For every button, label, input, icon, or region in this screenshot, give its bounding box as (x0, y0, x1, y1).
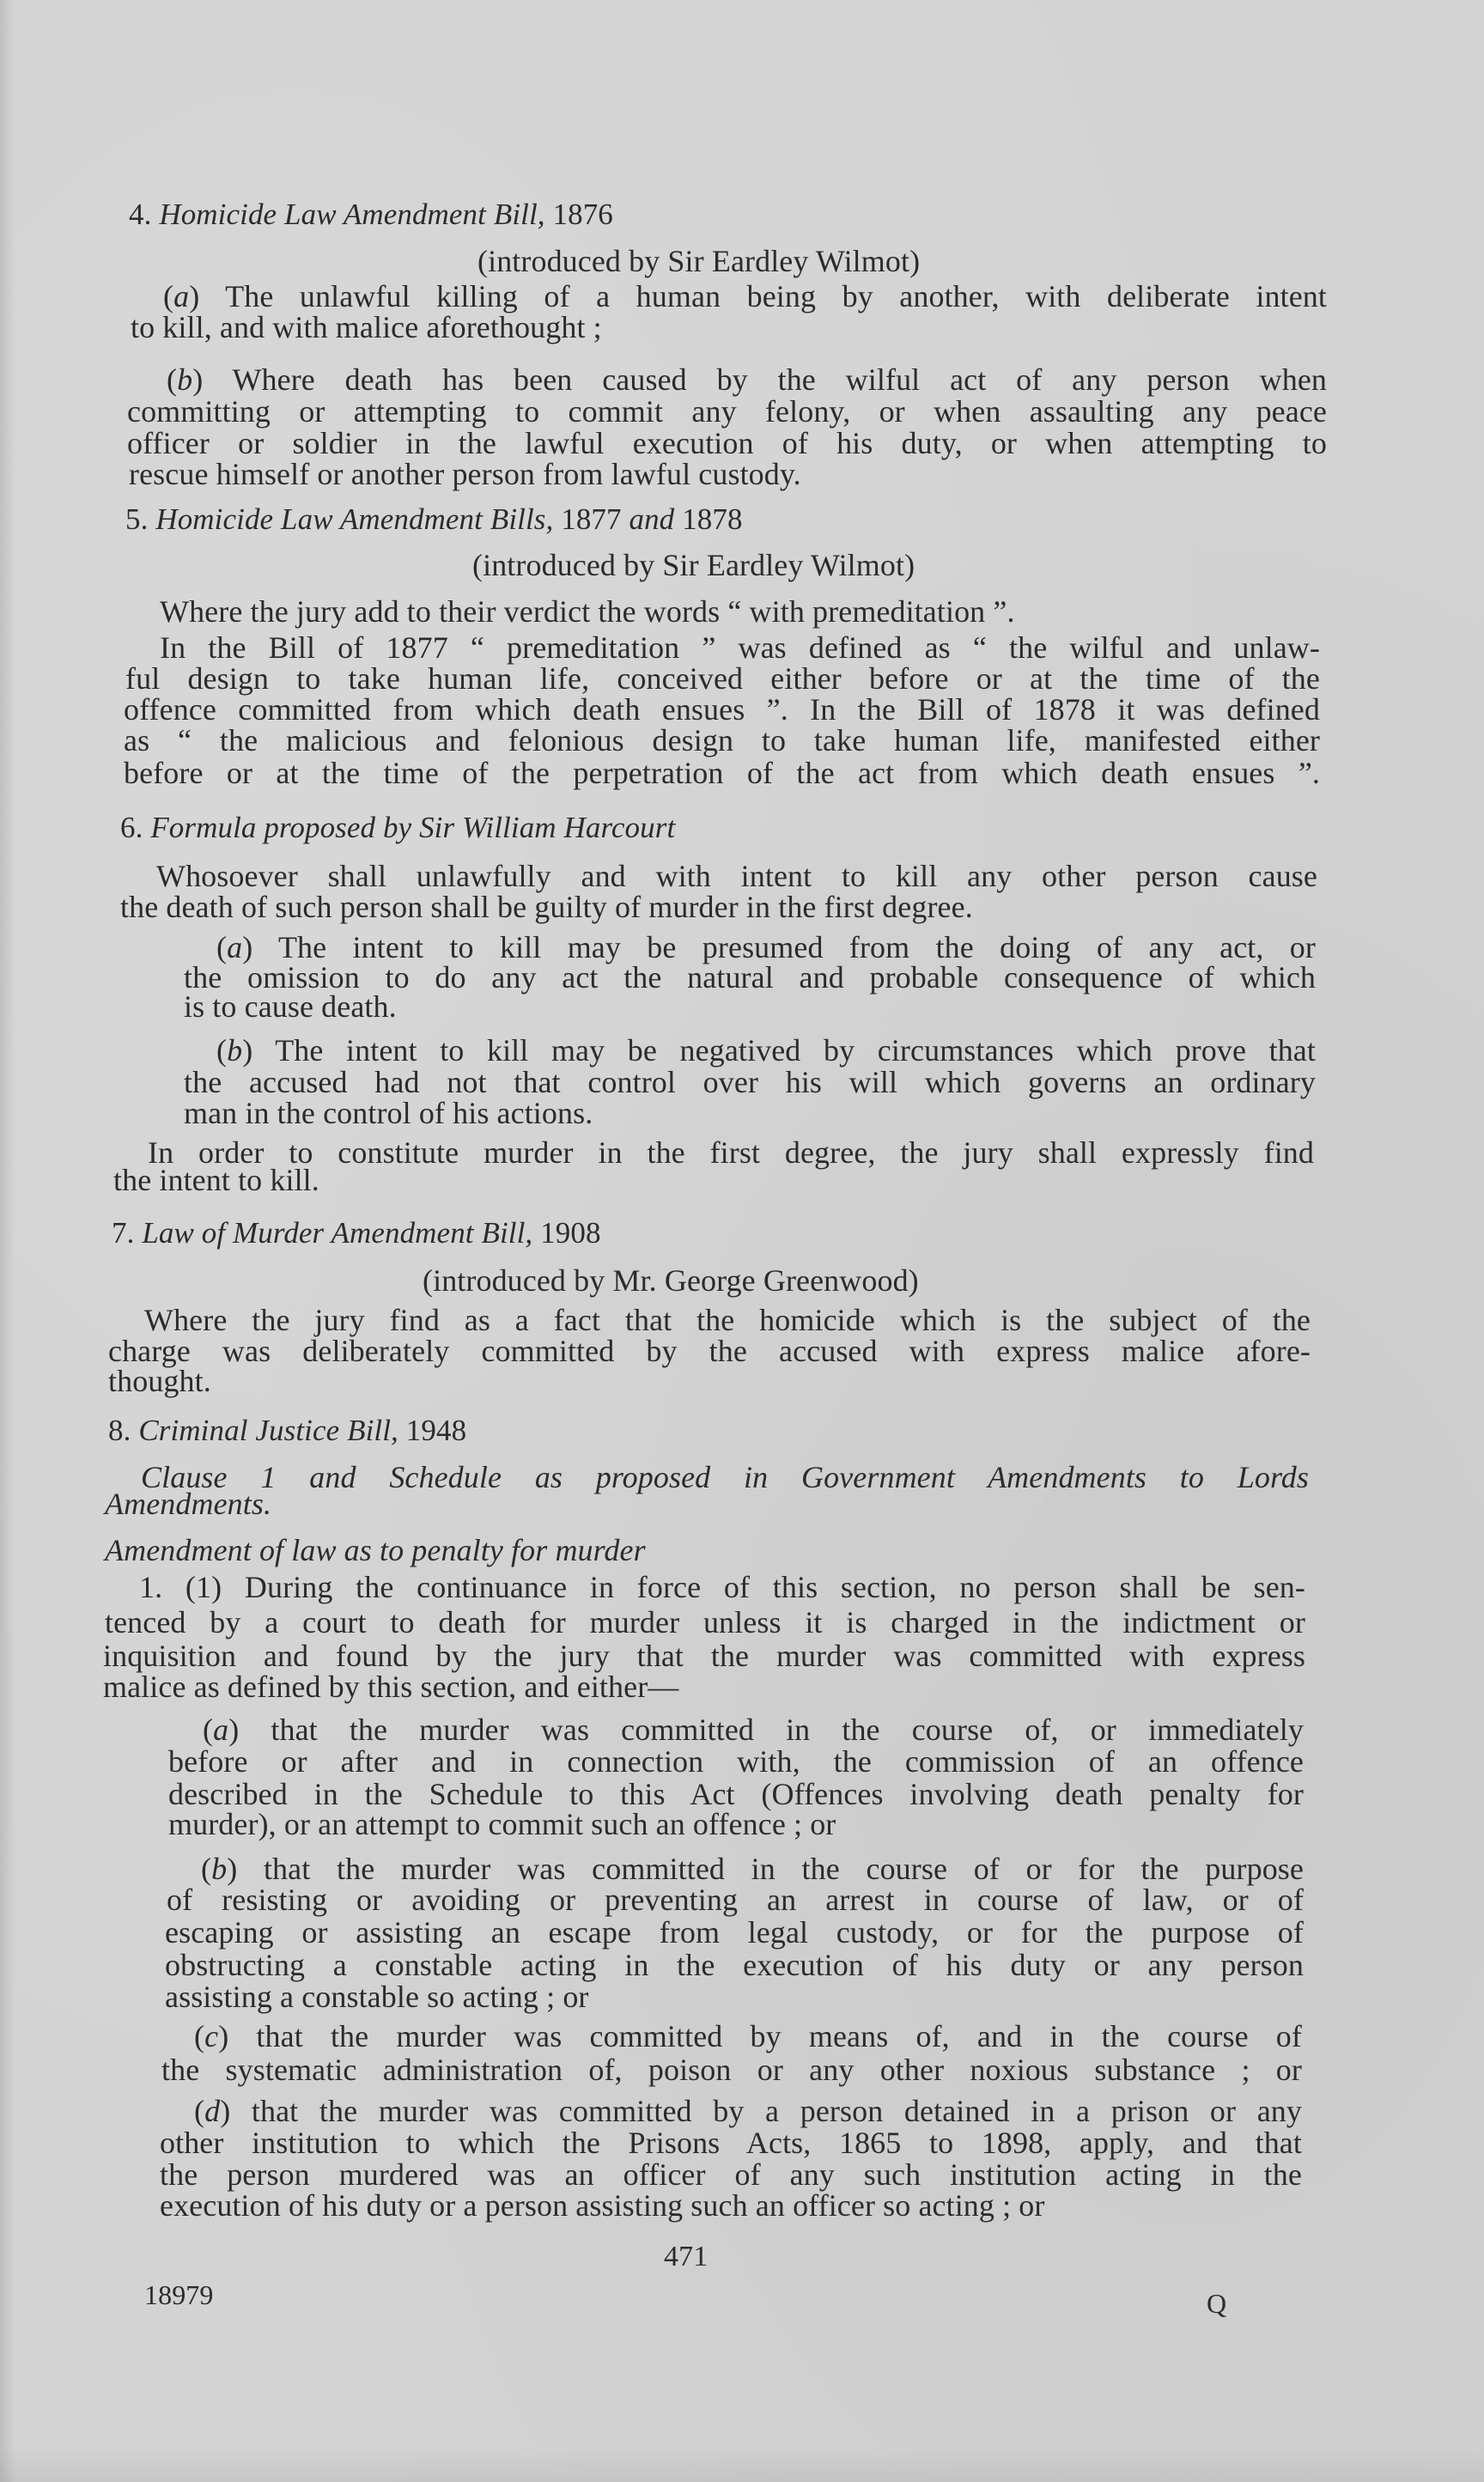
section-year: 1948 (406, 1414, 466, 1447)
section-8-clause-1-line: tenced by a court to death for murder un… (105, 1605, 1305, 1639)
section-4-a-line: (a) The unlawful killing of a human bein… (163, 279, 1327, 313)
section-8-a-line: before or after and in connection with, … (168, 1744, 1304, 1779)
section-8-subheading: Amendment of law as to penalty for murde… (105, 1533, 646, 1567)
enumerator-letter: b (177, 362, 192, 397)
section-7-heading: 7. Law of Murder Amendment Bill, 1908 (112, 1216, 601, 1250)
section-8-b-line: assisting a constable so acting ; or (165, 1980, 589, 2014)
section-number: 5. (125, 502, 148, 536)
enumerator-letter: a (227, 930, 242, 964)
section-5-paragraph-2-line: offence committed from which death ensue… (124, 692, 1320, 727)
section-8-d-line: execution of his duty or a person assist… (160, 2188, 1045, 2223)
enumerator-letter: d (204, 2094, 220, 2128)
section-5-paragraph-2-line: as “ the malicious and felonious design … (124, 723, 1320, 757)
section-6-b-line: (b) The intent to kill may be negatived … (216, 1033, 1316, 1068)
section-8-clause-line: Clause 1 and Schedule as proposed in Gov… (141, 1460, 1309, 1494)
section-title: Law of Murder Amendment Bill, (142, 1216, 532, 1250)
section-8-a-line: murder), or an attempt to commit such an… (168, 1807, 836, 1841)
section-title: Criminal Justice Bill, (138, 1414, 398, 1447)
section-title: Formula proposed by Sir William Harcourt (150, 811, 675, 844)
section-year: 1877 (561, 502, 621, 536)
section-4-b-line: rescue himself or another person from la… (129, 457, 801, 491)
section-4-b-line: officer or soldier in the lawful executi… (127, 426, 1327, 460)
enumerator-letter: a (173, 279, 189, 313)
section-8-clause-1-line: inquisition and found by the jury that t… (103, 1639, 1305, 1673)
section-4-b-line: (b) Where death has been caused by the w… (167, 362, 1327, 397)
section-4-a-line: to kill, and with malice aforethought ; (131, 310, 602, 344)
section-8-d-line: (d) that the murder was committed by a p… (194, 2094, 1302, 2128)
section-8-b-line: of resisting or avoiding or preventing a… (167, 1883, 1304, 1917)
section-6-b-line: man in the control of his actions. (184, 1096, 593, 1130)
section-8-d-line: other institution to which the Prisons A… (160, 2126, 1302, 2160)
section-8-c-line: (c) that the murder was committed by mea… (194, 2019, 1302, 2053)
section-5-paragraph-2-line: ful design to take human life, conceived… (125, 661, 1320, 696)
section-6-final-line: In order to constitute murder in the fir… (148, 1135, 1314, 1170)
section-4-b-line: committing or attempting to commit any f… (127, 394, 1327, 429)
section-8-a-line: (a) that the murder was committed in the… (203, 1712, 1304, 1747)
section-7-paragraph-line: charge was deliberately committed by the… (108, 1334, 1311, 1368)
section-7-introduced-by: (introduced by Mr. George Greenwood) (423, 1263, 919, 1298)
section-8-clause-line: Amendments. (105, 1487, 271, 1521)
enumerator-letter: a (213, 1712, 228, 1747)
enumerator-letter: c (204, 2019, 218, 2053)
signature-mark: 18979 (144, 2278, 214, 2312)
section-8-d-line: the person murdered was an officer of an… (160, 2157, 1302, 2192)
page-shadow-left (0, 0, 15, 2482)
enumerator-letter: b (227, 1033, 242, 1068)
section-title-and: and (629, 502, 674, 536)
section-5-heading: 5. Homicide Law Amendment Bills, 1877 an… (125, 502, 743, 537)
section-8-heading: 8. Criminal Justice Bill, 1948 (108, 1414, 466, 1448)
page-number: 471 (664, 2240, 708, 2274)
section-year: 1878 (682, 502, 742, 536)
section-5-introduced-by: (introduced by Sir Eardley Wilmot) (472, 548, 915, 582)
section-8-clause-1-line: malice as defined by this section, and e… (103, 1670, 678, 1704)
section-6-a-line: (a) The intent to kill may be presumed f… (216, 930, 1316, 964)
section-title: Homicide Law Amendment Bill, (159, 198, 544, 231)
section-8-b-line: escaping or assisting an escape from leg… (165, 1915, 1304, 1950)
section-number: 6. (120, 811, 143, 844)
section-5-paragraph-2-line: In the Bill of 1877 “ premeditation ” wa… (160, 630, 1320, 665)
section-8-clause-1-line: 1. (1) During the continuance in force o… (139, 1570, 1305, 1604)
section-number: 8. (108, 1414, 131, 1447)
section-6-a-line: is to cause death. (184, 989, 397, 1024)
section-year: 1908 (540, 1216, 600, 1250)
gathering-mark: Q (1207, 2286, 1226, 2321)
section-8-b-line: (b) that the murder was committed in the… (201, 1852, 1304, 1886)
section-4-introduced-by: (introduced by Sir Eardley Wilmot) (477, 244, 920, 278)
section-4-heading: 4. Homicide Law Amendment Bill, 1876 (129, 198, 613, 232)
section-8-c-line: the systematic administration of, poison… (161, 2053, 1302, 2087)
section-title: Homicide Law Amendment Bills, (155, 502, 553, 536)
section-number: 7. (112, 1216, 134, 1250)
section-6-paragraph-line: Whosoever shall unlawfully and with inte… (156, 859, 1317, 893)
section-6-paragraph-line: the death of such person shall be guilty… (120, 890, 973, 924)
section-5-paragraph-1: Where the jury add to their verdict the … (160, 594, 1015, 629)
section-8-a-line: described in the Schedule to this Act (O… (168, 1777, 1304, 1811)
section-6-b-line: the accused had not that control over hi… (184, 1065, 1316, 1099)
section-6-final-line: the intent to kill. (113, 1163, 319, 1197)
section-year: 1876 (553, 198, 613, 231)
enumerator-letter: b (211, 1852, 227, 1886)
section-8-b-line: obstructing a constable acting in the ex… (165, 1948, 1304, 1982)
section-7-paragraph-line: Where the jury find as a fact that the h… (144, 1303, 1311, 1337)
section-5-paragraph-2-line: before or at the time of the perpetratio… (124, 756, 1320, 790)
section-6-heading: 6. Formula proposed by Sir William Harco… (120, 811, 675, 845)
section-7-paragraph-line: thought. (108, 1364, 211, 1398)
section-number: 4. (129, 198, 151, 231)
page-shadow-bottom (0, 2448, 1484, 2482)
